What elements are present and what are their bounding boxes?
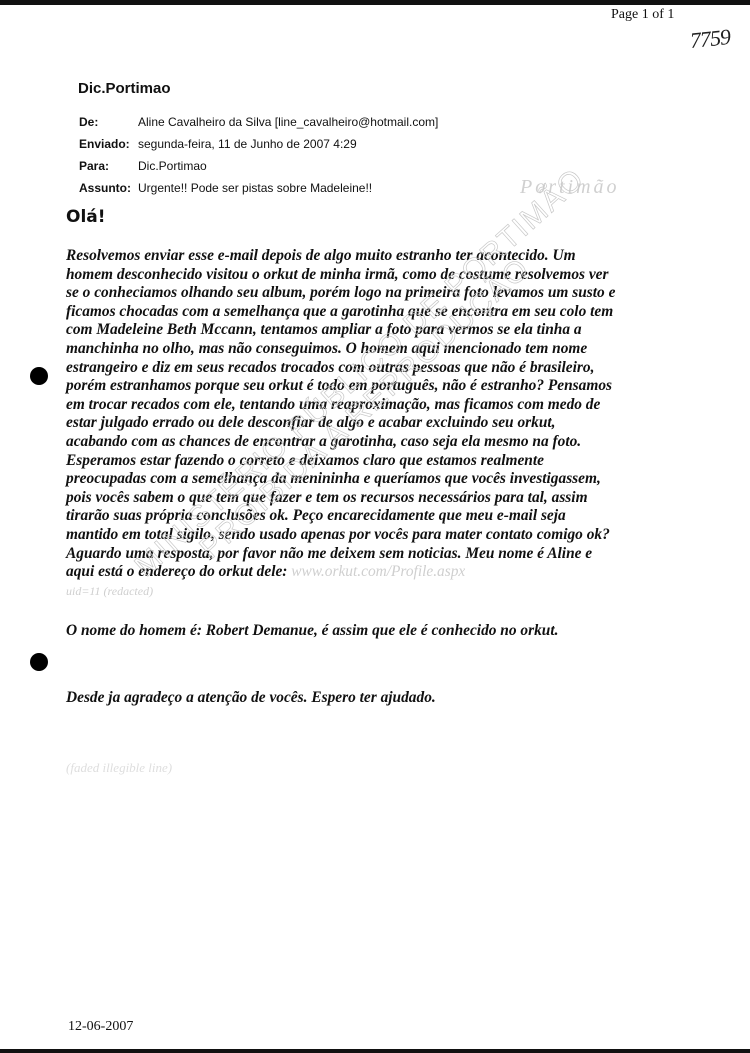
page-indicator: Page 1 of 1 <box>611 7 674 23</box>
header-value: segunda-feira, 11 de Junho de 2007 4:29 <box>138 137 357 159</box>
body-line: pois vocês sabem o que tem que fazer e t… <box>66 489 666 508</box>
mailbox-title: Dic.Portimao <box>78 80 171 97</box>
header-label: De: <box>79 115 138 137</box>
faded-footer-line: (faded illegible line) <box>66 760 172 776</box>
header-label: Assunto: <box>79 181 138 203</box>
footer-date: 12-06-2007 <box>68 1019 133 1035</box>
header-from: De: Aline Cavalheiro da Silva [line_cava… <box>79 115 438 137</box>
body-line: Esperamos estar fazendo o correto e deix… <box>66 452 666 471</box>
greeting: Olá! <box>66 207 106 227</box>
header-value: Dic.Portimao <box>138 159 207 181</box>
paragraph-thanks: Desde ja agradeço a atenção de vocês. Es… <box>66 689 436 707</box>
header-value: Urgente!! Pode ser pistas sobre Madelein… <box>138 181 372 203</box>
header-subject: Assunto: Urgente!! Pode ser pistas sobre… <box>79 181 438 203</box>
orkut-profile-link[interactable]: www.orkut.com/Profile.aspx <box>291 563 465 580</box>
body-line: ficamos chocadas com a semelhança que a … <box>66 303 666 322</box>
email-headers: De: Aline Cavalheiro da Silva [line_cava… <box>79 115 438 203</box>
scan-top-edge <box>0 0 750 5</box>
punch-hole <box>30 367 48 385</box>
paragraph-man-name: O nome do homem é: Robert Demanue, é ass… <box>66 622 558 640</box>
header-value: Aline Cavalheiro da Silva [line_cavalhei… <box>138 115 438 137</box>
body-line: se o conheciamos olhando seu album, poré… <box>66 284 666 303</box>
body-line: acabando com as chances de encontrar a g… <box>66 433 666 452</box>
scan-bottom-edge <box>0 1049 750 1053</box>
body-line: com Madeleine Beth Mccann, tentamos ampl… <box>66 321 666 340</box>
handwritten-number: 7759 <box>689 24 731 54</box>
header-to: Para: Dic.Portimao <box>79 159 438 181</box>
header-sent: Enviado: segunda-feira, 11 de Junho de 2… <box>79 137 438 159</box>
punch-hole <box>30 653 48 671</box>
header-label: Para: <box>79 159 138 181</box>
body-line: preocupadas com a semelhança da menininh… <box>66 470 666 489</box>
header-label: Enviado: <box>79 137 138 159</box>
body-line: tirarão suas própria conclusões ok. Peço… <box>66 507 666 526</box>
body-line: Resolvemos enviar esse e-mail depois de … <box>66 247 666 266</box>
body-line: homem desconhecido visitou o orkut de mi… <box>66 266 666 285</box>
